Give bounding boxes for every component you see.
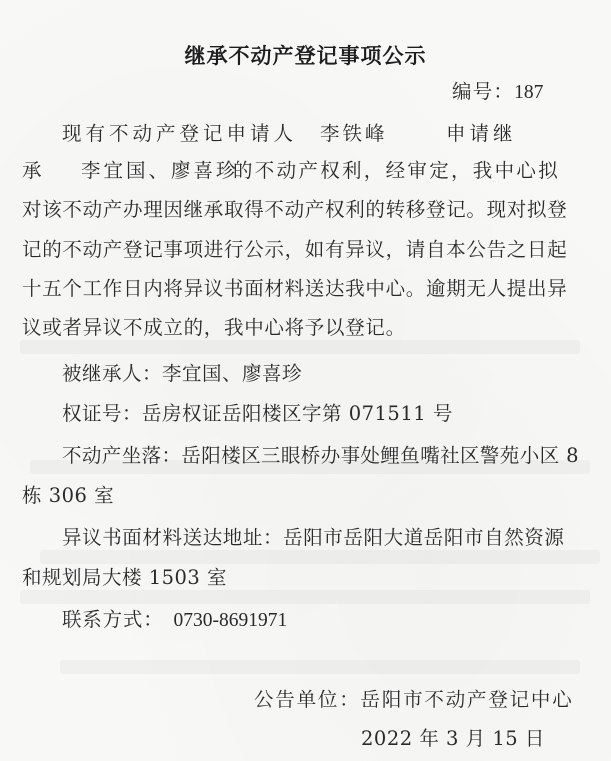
intro-line-4: 记的不动产登记事项进行公示，如有异议，请自本公告之日起 [22,238,567,262]
location-value: 岳阳楼区三眼桥办事处鲤鱼嘴社区警苑小区 8 [181,444,579,467]
objection-address-value: 岳阳市岳阳大道岳阳市自然资源 [283,526,564,549]
document-title: 继承不动产登记事项公示 [0,40,611,70]
bleed-through-mark [40,550,600,564]
serial-number: 编号：187 [452,80,543,105]
contact-label: 联系方式： [62,608,164,631]
objection-address-continued: 和规划局大楼 1503 室 [22,566,227,590]
location-label: 不动产坐落： [62,444,181,467]
serial-label: 编号： [452,80,514,103]
intro-line-5: 十五个工作日内将异议书面材料送达我中心。逾期无人提出异 [22,277,567,301]
objection-address-label: 异议书面材料送达地址： [62,526,283,549]
certificate-field: 权证号：岳房权证岳阳楼区字第 071511 号 [62,402,453,426]
location-value-continued: 栋 306 室 [22,484,114,508]
issuer-value: 岳阳市不动产登记中心 [361,688,574,711]
issuer: 公告单位：岳阳市不动产登记中心 [254,688,574,712]
intro-line-6: 议或者异议不成立的，我中心将予以登记。 [22,316,406,340]
decedents-inline: 李宜国、廖喜珍 [81,159,239,183]
issuer-label: 公告单位： [254,688,361,711]
decedent-field: 被继承人：李宜国、廖喜珍 [62,362,302,386]
notice-date: 2022 年 3 月 15 日 [361,727,545,751]
certificate-value: 岳房权证岳阳楼区字第 071511 号 [142,402,453,425]
bleed-through-mark [60,660,580,674]
intro-line-1-suffix: 申请继 [446,122,517,146]
intro-line-3: 对该不动产办理因继承取得不动产权利的转移登记。现对拟登 [22,198,567,222]
decedent-label: 被继承人： [62,362,162,385]
intro-line-2-suffix: 的不动产权利，经审定，我中心拟 [233,159,560,183]
bleed-through-mark [20,340,580,354]
objection-address-field: 异议书面材料送达地址：岳阳市岳阳大道岳阳市自然资源 [62,526,565,550]
certificate-label: 权证号： [62,402,142,425]
location-field: 不动产坐落：岳阳楼区三眼桥办事处鲤鱼嘴社区警苑小区 8 [62,444,579,468]
decedent-value: 李宜国、廖喜珍 [162,362,302,385]
intro-line-1: 现有不动产登记申请人 [62,122,297,146]
bleed-through-mark [20,590,590,604]
intro-line-2-prefix: 承 [22,159,43,183]
contact-field: 联系方式：0730-8691971 [62,608,287,633]
applicant-name: 李铁峰 [320,122,388,146]
contact-value: 0730-8691971 [174,610,288,631]
serial-value: 187 [514,82,543,103]
intro-prefix: 现有不动产登记申请人 [62,122,297,145]
